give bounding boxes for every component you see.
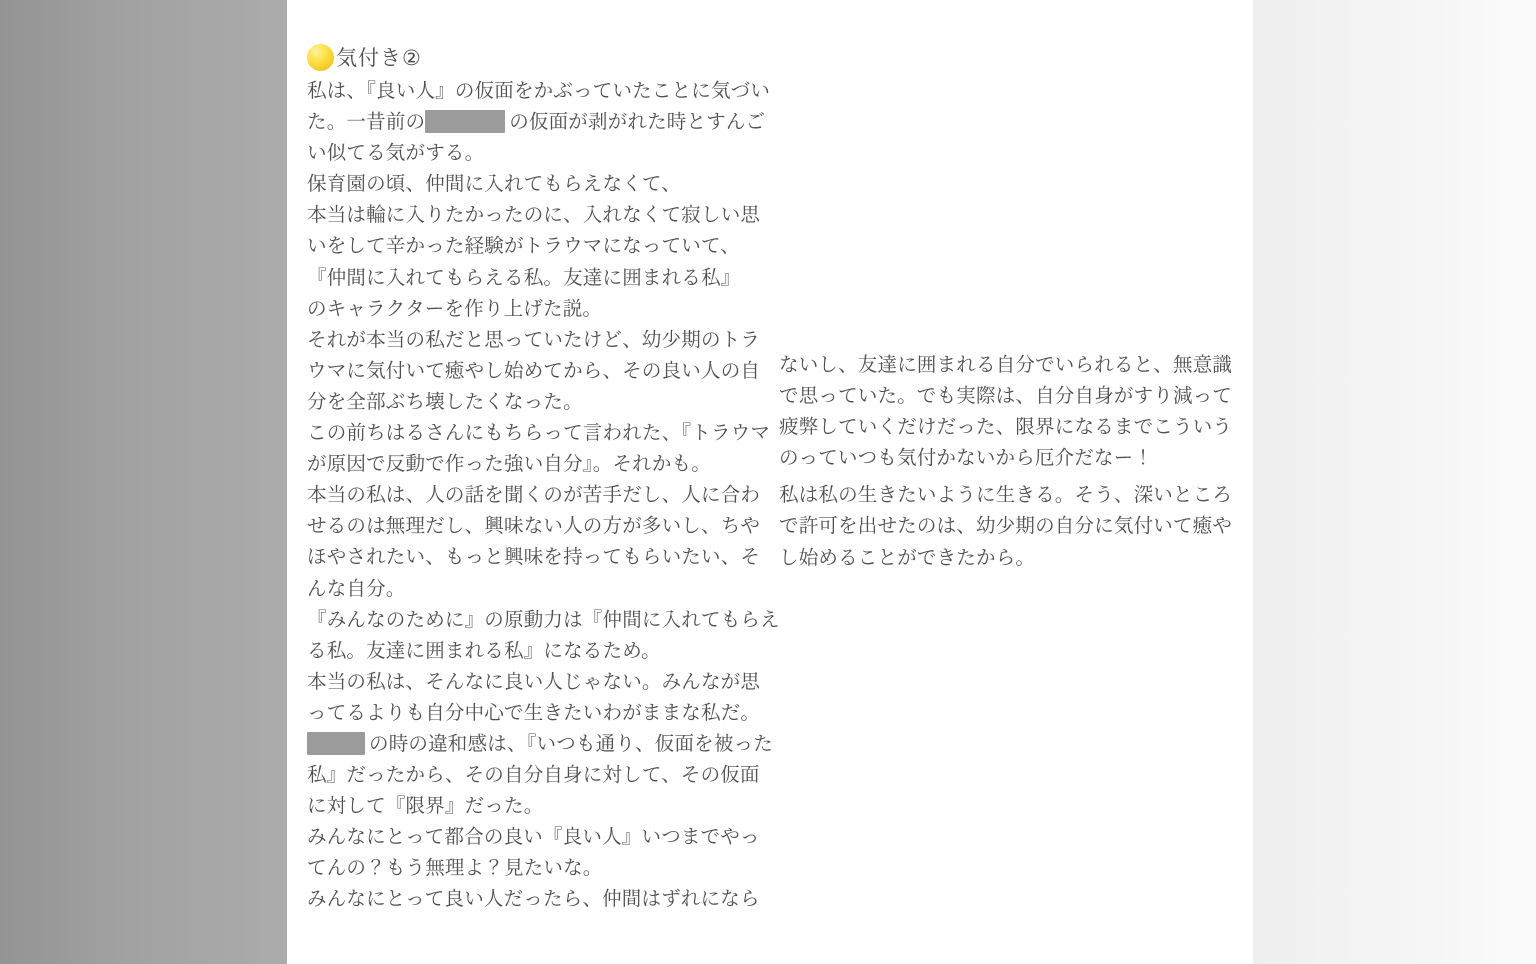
text-line: の時の違和感は、『いつも通り、仮面を被った	[307, 729, 767, 760]
text-line: ほやされたい、もっと興味を持ってもらいたい、そ	[307, 542, 767, 573]
text-segment: で許可を出せたのは、幼少期の自分に気付いて癒や	[779, 515, 1232, 537]
text-line: 疲弊していくだけだった、限界になるまでこういう	[779, 412, 1249, 443]
text-line: る私。友達に囲まれる私』になるため。	[307, 636, 767, 667]
text-line: い似てる気がする。	[307, 138, 767, 169]
text-segment: 私は私の生きたいように生きる。そう、深いところ	[779, 484, 1232, 506]
text-segment: 疲弊していくだけだった、限界になるまでこういう	[779, 416, 1232, 438]
note-title-text: 気付き②	[336, 42, 422, 72]
text-segment: いをして辛かった経験がトラウマになっていて、	[307, 235, 740, 257]
text-segment: る私。友達に囲まれる私』になるため。	[307, 640, 661, 662]
text-segment: 保育園の頃、仲間に入れてもらえなくて、	[307, 173, 681, 195]
right-column-text: ないし、友達に囲まれる自分でいられると、無意識で思っていた。でも実際は、自分自身…	[779, 350, 1249, 574]
paragraph: 私は私の生きたいように生きる。そう、深いところで許可を出せたのは、幼少期の自分に…	[779, 480, 1249, 573]
text-segment: 『みんなのために』の原動力は『仲間に入れてもらえ	[307, 609, 780, 631]
left-gray-margin	[0, 0, 287, 964]
redaction-box	[425, 110, 505, 133]
text-segment: のキャラクターを作り上げた説。	[307, 298, 602, 320]
note-page: 気付き② 私は、『良い人』の仮面をかぶっていたことに気づいた。一昔前のの仮面が剥…	[287, 0, 1253, 964]
text-line: みんなにとって良い人だったら、仲間はずれになら	[307, 884, 767, 915]
text-line: で許可を出せたのは、幼少期の自分に気付いて癒や	[779, 511, 1249, 542]
redaction-box	[307, 732, 365, 755]
text-line: ウマに気付いて癒やし始めてから、その良い人の自	[307, 356, 767, 387]
text-line: 私は、『良い人』の仮面をかぶっていたことに気づい	[307, 76, 767, 107]
text-line: 本当は輪に入りたかったのに、入れなくて寂しい思	[307, 200, 767, 231]
text-segment: みんなにとって良い人だったら、仲間はずれになら	[307, 888, 760, 910]
text-segment: ないし、友達に囲まれる自分でいられると、無意識	[779, 354, 1232, 376]
text-line: 保育園の頃、仲間に入れてもらえなくて、	[307, 169, 767, 200]
text-segment: に対して『限界』だった。	[307, 795, 543, 817]
text-segment: せるのは無理だし、興味ない人の方が多いし、ちや	[307, 515, 760, 537]
text-line: この前ちはるさんにもちらって言われた、『トラウマ	[307, 418, 767, 449]
text-line: が原因で反動で作った強い自分』。それかも。	[307, 449, 767, 480]
text-segment: の時の違和感は、『いつも通り、仮面を被った	[369, 733, 773, 755]
text-line: ないし、友達に囲まれる自分でいられると、無意識	[779, 350, 1249, 381]
text-line: 分を全部ぶち壊したくなった。	[307, 387, 767, 418]
text-line: し始めることができたから。	[779, 543, 1249, 574]
text-line: 本当の私は、そんなに良い人じゃない。みんなが思	[307, 667, 767, 698]
text-segment: この前ちはるさんにもちらって言われた、『トラウマ	[307, 422, 770, 444]
right-gray-margin	[1253, 0, 1536, 964]
text-line: で思っていた。でも実際は、自分自身がすり減って	[779, 381, 1249, 412]
text-line: のっていつも気付かないから厄介だなー！	[779, 443, 1249, 474]
text-segment: のっていつも気付かないから厄介だなー！	[779, 447, 1153, 469]
text-line: んな自分。	[307, 574, 767, 605]
text-segment: 本当は輪に入りたかったのに、入れなくて寂しい思	[307, 204, 760, 226]
text-line: 私』だったから、その自分自身に対して、その仮面	[307, 760, 767, 791]
note-title: 気付き②	[307, 42, 422, 72]
text-segment: 本当の私は、そんなに良い人じゃない。みんなが思	[307, 671, 760, 693]
text-segment: それが本当の私だと思っていたけど、幼少期のトラ	[307, 329, 760, 351]
text-segment: た。一昔前の	[307, 111, 425, 133]
text-line: 私は私の生きたいように生きる。そう、深いところ	[779, 480, 1249, 511]
text-line: てんの？もう無理よ？見たいな。	[307, 853, 767, 884]
text-segment: ってるよりも自分中心で生きたいわがままな私だ。	[307, 702, 760, 724]
text-line: のキャラクターを作り上げた説。	[307, 294, 767, 325]
text-line: ってるよりも自分中心で生きたいわがままな私だ。	[307, 698, 767, 729]
text-segment: 私は、『良い人』の仮面をかぶっていたことに気づい	[307, 80, 770, 102]
text-segment: が原因で反動で作った強い自分』。それかも。	[307, 453, 711, 475]
text-segment: 分を全部ぶち壊したくなった。	[307, 391, 583, 413]
text-segment: みんなにとって都合の良い『良い人』いつまでやっ	[307, 826, 760, 848]
paragraph: ないし、友達に囲まれる自分でいられると、無意識で思っていた。でも実際は、自分自身…	[779, 350, 1249, 474]
text-line: いをして辛かった経験がトラウマになっていて、	[307, 231, 767, 262]
text-line: 本当の私は、人の話を聞くのが苦手だし、人に合わ	[307, 480, 767, 511]
text-segment: 私』だったから、その自分自身に対して、その仮面	[307, 764, 760, 786]
text-segment: 『仲間に入れてもらえる私。友達に囲まれる私』	[307, 267, 740, 289]
text-segment: んな自分。	[307, 578, 406, 600]
text-line: みんなにとって都合の良い『良い人』いつまでやっ	[307, 822, 767, 853]
text-segment: し始めることができたから。	[779, 547, 1035, 569]
text-line: せるのは無理だし、興味ない人の方が多いし、ちや	[307, 511, 767, 542]
text-line: それが本当の私だと思っていたけど、幼少期のトラ	[307, 325, 767, 356]
yellow-circle-icon	[307, 44, 334, 71]
text-line: 『仲間に入れてもらえる私。友達に囲まれる私』	[307, 263, 767, 294]
text-line: に対して『限界』だった。	[307, 791, 767, 822]
text-segment: てんの？もう無理よ？見たいな。	[307, 857, 603, 879]
text-line: 『みんなのために』の原動力は『仲間に入れてもらえ	[307, 605, 767, 636]
text-segment: の仮面が剥がれた時とすんご	[509, 111, 765, 133]
left-column-text: 私は、『良い人』の仮面をかぶっていたことに気づいた。一昔前のの仮面が剥がれた時と…	[307, 76, 767, 916]
text-segment: い似てる気がする。	[307, 142, 484, 164]
text-line: た。一昔前のの仮面が剥がれた時とすんご	[307, 107, 767, 138]
text-segment: ほやされたい、もっと興味を持ってもらいたい、そ	[307, 546, 760, 568]
text-segment: ウマに気付いて癒やし始めてから、その良い人の自	[307, 360, 760, 382]
text-segment: 本当の私は、人の話を聞くのが苦手だし、人に合わ	[307, 484, 760, 506]
text-segment: で思っていた。でも実際は、自分自身がすり減って	[779, 385, 1232, 407]
